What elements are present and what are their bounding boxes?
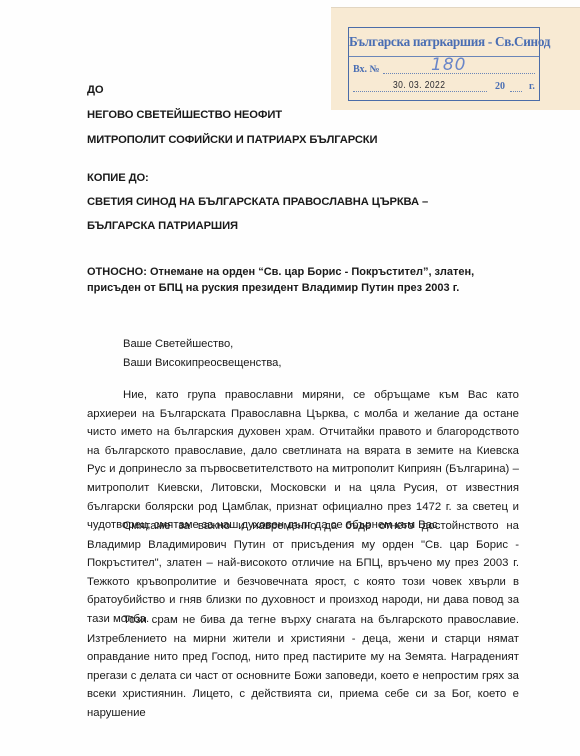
- body-paragraph: Ние, като група православни миряни, се о…: [87, 386, 519, 535]
- addressee-to-label: ДО: [87, 83, 103, 97]
- stamp-year-suffix: г.: [529, 81, 535, 92]
- stamp-incoming-label: Вх. №: [353, 64, 380, 75]
- stamp-dotted-line: [353, 91, 487, 92]
- body-paragraph-text: Ние, като група православни миряни, се о…: [87, 389, 519, 531]
- registration-stamp: Българска патркаршия - Св.Синод Вх. № 18…: [348, 27, 540, 101]
- addressee-line-1: НЕГОВО СВЕТЕЙШЕСТВО НЕОФИТ: [87, 108, 282, 122]
- regarding-subject: ОТНОСНО: Отнемане на орден “Св. цар Бори…: [87, 265, 527, 296]
- stamp-date-row: 30. 03. 2022 20 г.: [353, 79, 535, 97]
- addressee-line-2: МИТРОПОЛИТ СОФИЙСКИ И ПАТРИАРХ БЪЛГАРСКИ: [87, 133, 377, 147]
- stamp-incoming-number: 180: [431, 55, 466, 75]
- greeting-line-2: Ваши Високипреосвещенства,: [123, 356, 282, 372]
- copy-to-label: КОПИЕ ДО:: [87, 171, 149, 185]
- body-paragraph-text: Смятаме за важно и навременно да бъде от…: [87, 520, 519, 625]
- copy-to-line-1: СВЕТИЯ СИНОД НА БЪЛГАРСКАТА ПРАВОСЛАВНА …: [87, 195, 428, 209]
- stamp-incoming-row: Вх. № 180: [353, 59, 535, 77]
- document-page: Българска патркаршия - Св.Синод Вх. № 18…: [0, 0, 580, 756]
- copy-to-line-2: БЪЛГАРСКА ПАТРИАРШИЯ: [87, 219, 238, 233]
- stamp-year-prefix: 20: [495, 81, 505, 92]
- body-paragraph-text: Този срам не бива да тегне върху снагата…: [87, 614, 519, 719]
- stamp-dotted-line: [510, 91, 522, 92]
- stamp-date: 30. 03. 2022: [393, 80, 445, 91]
- greeting-line-1: Ваше Светейшество,: [123, 337, 233, 353]
- body-paragraph: Този срам не бива да тегне върху снагата…: [87, 611, 519, 723]
- stamp-title: Българска патркаршия - Св.Синод: [349, 28, 539, 57]
